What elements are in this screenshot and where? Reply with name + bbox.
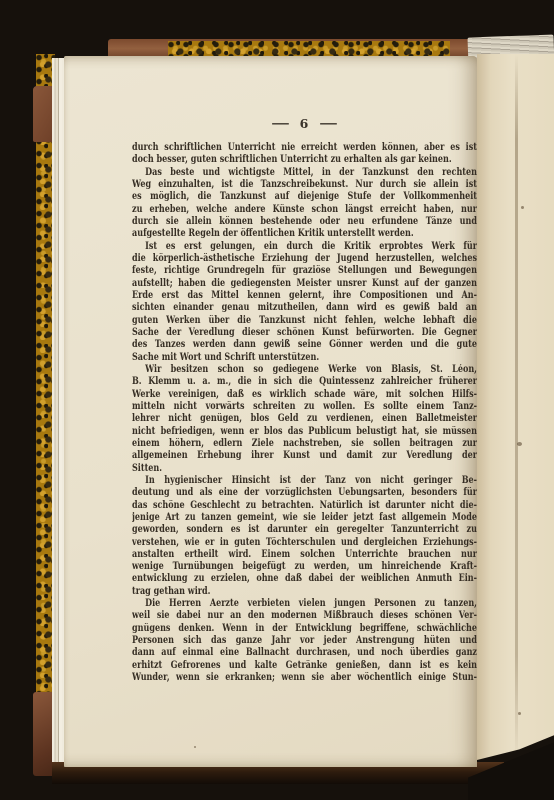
text-line: mitteln nicht vorwärts schreiten zu woll… — [132, 401, 477, 413]
text-line: des Tanzes werden dann gewiß seine Gönne… — [132, 339, 477, 351]
text-line: verstehen, wie er in guten Töchterschule… — [132, 537, 477, 549]
text-line: aufgestellte Regeln der öffentlichen Kri… — [132, 228, 477, 240]
text-line: durch sie allein können bestehende oder … — [132, 216, 477, 228]
text-line: Wir besitzen schon so gediegene Werke vo… — [132, 364, 477, 376]
text-line: dann auf einmal eine Ballnacht durchrase… — [132, 647, 477, 659]
text-line: weil sie dabei nur an den modernen Mißbr… — [132, 610, 477, 622]
text-line: erhitzt Gefrorenes und kalte Getränke ge… — [132, 660, 477, 672]
text-line: Ist es erst gelungen, ein durch die Krit… — [132, 241, 477, 253]
header-dash-left: — — [271, 117, 290, 130]
text-line: Die Herren Aerzte verbieten vielen junge… — [132, 598, 477, 610]
text-line: deutung und als eine der vorzüglichsten … — [132, 487, 477, 499]
photographed-book-scene: — 6 — durch schriftlichen Unterricht nie… — [0, 0, 554, 800]
text-line: einem höhern, edlern Ziele nachstreben, … — [132, 438, 477, 450]
text-line: gnügens denken. Wenn in der Entwicklung … — [132, 623, 477, 635]
text-line: Sitten. — [132, 463, 477, 475]
book-page: — 6 — durch schriftlichen Unterricht nie… — [64, 56, 477, 767]
text-line: lehrer nicht genügen, blos Geld zu verdi… — [132, 413, 477, 425]
text-line: wenige Turnübungen beigefügt zu werden, … — [132, 561, 477, 573]
text-line: es möglich, die Tanzkunst auf diejenige … — [132, 191, 477, 203]
text-line: allgemeinen Erhebung ihrer Kunst und dam… — [132, 450, 477, 462]
facing-pages-surface — [477, 54, 554, 760]
paper-speck — [309, 616, 311, 618]
text-line: das schöne Geschlecht zu betrachten. Nat… — [132, 500, 477, 512]
text-line: aufstellt; haben die gediegensten Meiste… — [132, 278, 477, 290]
text-line: Erde erst das Mittel kennen gelernt, ihr… — [132, 290, 477, 302]
text-line: sichten einander genau mitzutheilen, dan… — [132, 302, 477, 314]
text-line: nicht befriedigen, wenn er blos das Publ… — [132, 426, 477, 438]
text-line: Weg einzuhalten, ist die Tanzschreibekun… — [132, 179, 477, 191]
text-line: Sache mit Wort und Schrift unterstützen. — [132, 352, 477, 364]
text-line: Personen sich das ganze Jahr vor jeder A… — [132, 635, 477, 647]
text-line: Sache der Veredlung dieser schönen Kunst… — [132, 327, 477, 339]
text-line: Werke vereinigen, daß es wirklich schade… — [132, 389, 477, 401]
text-line: Das beste und wichtigste Mittel, in der … — [132, 167, 477, 179]
text-line: durch schriftlichen Unterricht nie errei… — [132, 142, 477, 154]
text-line: anstalten ertheilt wird. Einem solchen U… — [132, 549, 477, 561]
text-line: Wunder, wenn sie erkranken; wenn sie abe… — [132, 672, 477, 684]
paper-speck — [194, 746, 196, 748]
text-line: geworden, sondern es ist darunter ein ge… — [132, 524, 477, 536]
text-line: entwicklung zu erzielen, ohne daß dabei … — [132, 573, 477, 585]
body-text: durch schriftlichen Unterricht nie errei… — [132, 142, 477, 684]
text-line: doch besser, guten schriftlichen Unterri… — [132, 154, 477, 166]
text-line: die körperlich-ästhetische Erziehung der… — [132, 253, 477, 265]
header-dash-right: — — [319, 117, 338, 130]
text-line: zu erheben, welche andere Künste schon l… — [132, 204, 477, 216]
text-line: feste, richtige Grundregeln für graziöse… — [132, 265, 477, 277]
paper-speck — [518, 712, 521, 715]
text-line: B. Klemm u. a. m., die in sich die Quint… — [132, 376, 477, 388]
text-line: trag gethan wird. — [132, 586, 477, 598]
text-line: guten Werken über die Tanzkunst nicht fe… — [132, 315, 477, 327]
text-line: jenige Art zu tanzen gemeint, wie sie le… — [132, 512, 477, 524]
gutter-crease — [515, 54, 518, 760]
text-line: In hygienischer Hinsicht ist der Tanz vo… — [132, 475, 477, 487]
paper-speck — [517, 442, 522, 446]
paper-speck — [521, 206, 524, 209]
page-number: 6 — [300, 116, 310, 131]
page-header: — 6 — — [132, 116, 477, 131]
